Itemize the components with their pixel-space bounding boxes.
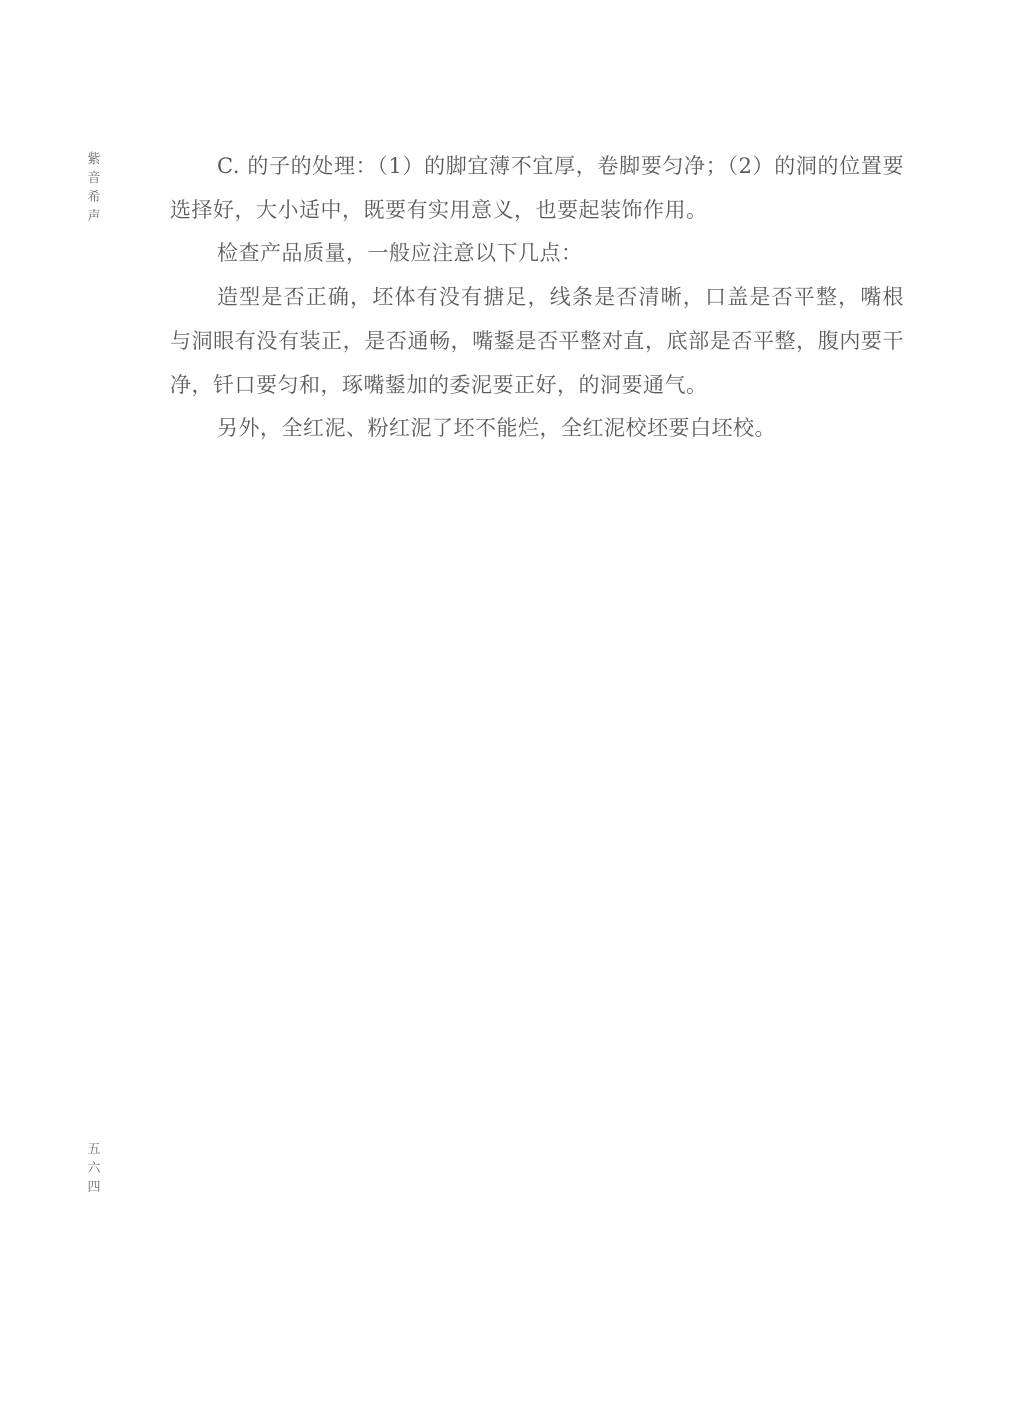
page-number-char: 四 <box>86 1178 102 1197</box>
paragraph-c-handling: C. 的子的处理：（1）的脚宜薄不宜厚，卷脚要匀净；（2）的洞的位置要选择好，大… <box>170 145 904 232</box>
paragraph-quality-intro: 检查产品质量，一般应注意以下几点： <box>170 232 904 276</box>
running-head-char: 声 <box>86 207 102 226</box>
running-head-char: 音 <box>86 169 102 188</box>
page-number-char: 六 <box>86 1159 102 1178</box>
page-number-char: 五 <box>86 1140 102 1159</box>
paragraph-additional-note: 另外，全红泥、粉红泥了坯不能烂，全红泥校坯要白坯校。 <box>170 407 904 451</box>
body-text: C. 的子的处理：（1）的脚宜薄不宜厚，卷脚要匀净；（2）的洞的位置要选择好，大… <box>170 145 904 451</box>
page-number: 五 六 四 <box>86 1140 102 1197</box>
running-head-title: 紫 音 希 声 <box>86 150 102 226</box>
paragraph-quality-points: 造型是否正确，坯体有没有搪足，线条是否清晰，口盖是否平整，嘴根与洞眼有没有装正，… <box>170 276 904 407</box>
running-head-char: 希 <box>86 188 102 207</box>
running-head-char: 紫 <box>86 150 102 169</box>
